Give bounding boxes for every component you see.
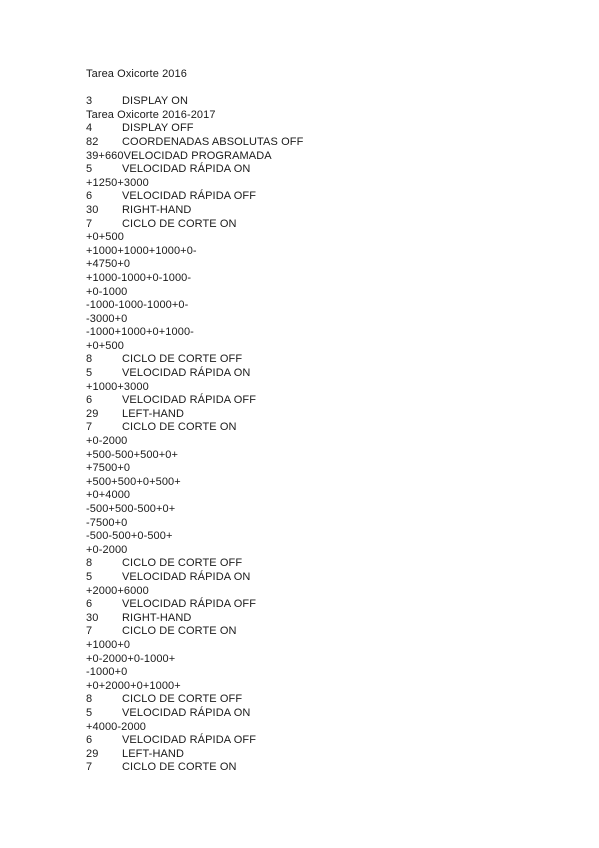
coordinate-line: -1000+0 xyxy=(86,666,579,680)
coordinate-line: +0+4000 xyxy=(86,489,579,503)
command-label: DISPLAY OFF xyxy=(122,122,194,134)
command-code: 5 xyxy=(86,571,122,585)
command-code: 3 xyxy=(86,95,122,109)
command-code: 8 xyxy=(86,693,122,707)
coordinate-line: -1000+1000+0+1000- xyxy=(86,326,579,340)
command-label: CICLO DE CORTE ON xyxy=(122,625,237,637)
command-line: 7CICLO DE CORTE ON xyxy=(86,625,579,639)
command-label: LEFT-HAND xyxy=(122,748,184,760)
coordinate-line: +0+2000+0+1000+ xyxy=(86,680,579,694)
command-code: 7 xyxy=(86,761,122,775)
coordinate-line: +0-1000 xyxy=(86,286,579,300)
blank-line xyxy=(86,82,579,96)
command-line: 3DISPLAY ON xyxy=(86,95,579,109)
command-label: CICLO DE CORTE ON xyxy=(122,218,237,230)
command-label: DISPLAY ON xyxy=(122,95,188,107)
coordinate-line: -3000+0 xyxy=(86,313,579,327)
command-label: CICLO DE CORTE OFF xyxy=(122,557,242,569)
command-label: VELOCIDAD RÁPIDA ON xyxy=(122,367,250,379)
command-label: CICLO DE CORTE OFF xyxy=(122,353,242,365)
command-line: 6VELOCIDAD RÁPIDA OFF xyxy=(86,598,579,612)
command-line: 7CICLO DE CORTE ON xyxy=(86,421,579,435)
coordinate-line: -500+500-500+0+ xyxy=(86,503,579,517)
command-code: 7 xyxy=(86,421,122,435)
command-code: 6 xyxy=(86,394,122,408)
command-code: 82 xyxy=(86,136,122,150)
coordinate-line: +2000+6000 xyxy=(86,585,579,599)
command-label: VELOCIDAD RÁPIDA OFF xyxy=(122,190,256,202)
command-label: LEFT-HAND xyxy=(122,408,184,420)
command-code: 29 xyxy=(86,748,122,762)
coordinate-line: +1000+3000 xyxy=(86,381,579,395)
command-code: 7 xyxy=(86,625,122,639)
command-label: VELOCIDAD RÁPIDA ON xyxy=(122,571,250,583)
command-line: 6VELOCIDAD RÁPIDA OFF xyxy=(86,734,579,748)
coordinate-line: -1000-1000-1000+0- xyxy=(86,299,579,313)
command-line: 29LEFT-HAND xyxy=(86,408,579,422)
command-label: VELOCIDAD RÁPIDA OFF xyxy=(122,394,256,406)
coordinate-line: +0-2000 xyxy=(86,544,579,558)
command-line: 5VELOCIDAD RÁPIDA ON xyxy=(86,707,579,721)
command-label: VELOCIDAD RÁPIDA ON xyxy=(122,707,250,719)
command-code: 6 xyxy=(86,734,122,748)
command-line: 6VELOCIDAD RÁPIDA OFF xyxy=(86,190,579,204)
coordinate-line: +0+500 xyxy=(86,231,579,245)
command-label: COORDENADAS ABSOLUTAS OFF xyxy=(122,136,303,148)
command-label: CICLO DE CORTE ON xyxy=(122,421,237,433)
command-line: 7CICLO DE CORTE ON xyxy=(86,218,579,232)
text-line: Tarea Oxicorte 2016-2017 xyxy=(86,109,579,123)
command-label: VELOCIDAD RÁPIDA OFF xyxy=(122,734,256,746)
coordinate-line: +0-2000+0-1000+ xyxy=(86,653,579,667)
command-line: 4DISPLAY OFF xyxy=(86,122,579,136)
coordinate-line: +500+500+0+500+ xyxy=(86,476,579,490)
coordinate-line: +500-500+500+0+ xyxy=(86,449,579,463)
command-code: 29 xyxy=(86,408,122,422)
command-code: 7 xyxy=(86,218,122,232)
coordinate-line: +0+500 xyxy=(86,340,579,354)
command-code: 5 xyxy=(86,367,122,381)
command-line: 5VELOCIDAD RÁPIDA ON xyxy=(86,163,579,177)
coordinate-line: +1250+3000 xyxy=(86,177,579,191)
command-code: 8 xyxy=(86,557,122,571)
command-code: 6 xyxy=(86,598,122,612)
command-code: 39+660 xyxy=(86,150,124,164)
command-line: 7CICLO DE CORTE ON xyxy=(86,761,579,775)
command-code: 30 xyxy=(86,612,122,626)
command-line: 39+660VELOCIDAD PROGRAMADA xyxy=(86,150,579,164)
text-line: Tarea Oxicorte 2016 xyxy=(86,68,579,82)
command-label: VELOCIDAD RÁPIDA OFF xyxy=(122,598,256,610)
command-code: 5 xyxy=(86,707,122,721)
command-code: 6 xyxy=(86,190,122,204)
coordinate-line: -500-500+0-500+ xyxy=(86,530,579,544)
command-code: 4 xyxy=(86,122,122,136)
command-label: RIGHT-HAND xyxy=(122,204,191,216)
command-line: 30RIGHT-HAND xyxy=(86,612,579,626)
coordinate-line: +0-2000 xyxy=(86,435,579,449)
command-label: CICLO DE CORTE ON xyxy=(122,761,237,773)
command-line: 8CICLO DE CORTE OFF xyxy=(86,353,579,367)
coordinate-line: +1000-1000+0-1000- xyxy=(86,272,579,286)
document-page: Tarea Oxicorte 20163DISPLAY ONTarea Oxic… xyxy=(0,0,599,848)
coordinate-line: +1000+1000+1000+0- xyxy=(86,245,579,259)
command-code: 8 xyxy=(86,353,122,367)
coordinate-line: -7500+0 xyxy=(86,517,579,531)
coordinate-line: +1000+0 xyxy=(86,639,579,653)
command-line: 5VELOCIDAD RÁPIDA ON xyxy=(86,571,579,585)
command-line: 8CICLO DE CORTE OFF xyxy=(86,693,579,707)
command-label: CICLO DE CORTE OFF xyxy=(122,693,242,705)
document-content: Tarea Oxicorte 20163DISPLAY ONTarea Oxic… xyxy=(86,68,579,775)
command-line: 29LEFT-HAND xyxy=(86,748,579,762)
command-code: 30 xyxy=(86,204,122,218)
command-line: 82COORDENADAS ABSOLUTAS OFF xyxy=(86,136,579,150)
command-label: VELOCIDAD PROGRAMADA xyxy=(124,150,272,162)
command-line: 5VELOCIDAD RÁPIDA ON xyxy=(86,367,579,381)
command-label: RIGHT-HAND xyxy=(122,612,191,624)
command-line: 8CICLO DE CORTE OFF xyxy=(86,557,579,571)
coordinate-line: +4750+0 xyxy=(86,258,579,272)
coordinate-line: +4000-2000 xyxy=(86,721,579,735)
command-code: 5 xyxy=(86,163,122,177)
command-line: 30RIGHT-HAND xyxy=(86,204,579,218)
command-label: VELOCIDAD RÁPIDA ON xyxy=(122,163,250,175)
coordinate-line: +7500+0 xyxy=(86,462,579,476)
command-line: 6VELOCIDAD RÁPIDA OFF xyxy=(86,394,579,408)
